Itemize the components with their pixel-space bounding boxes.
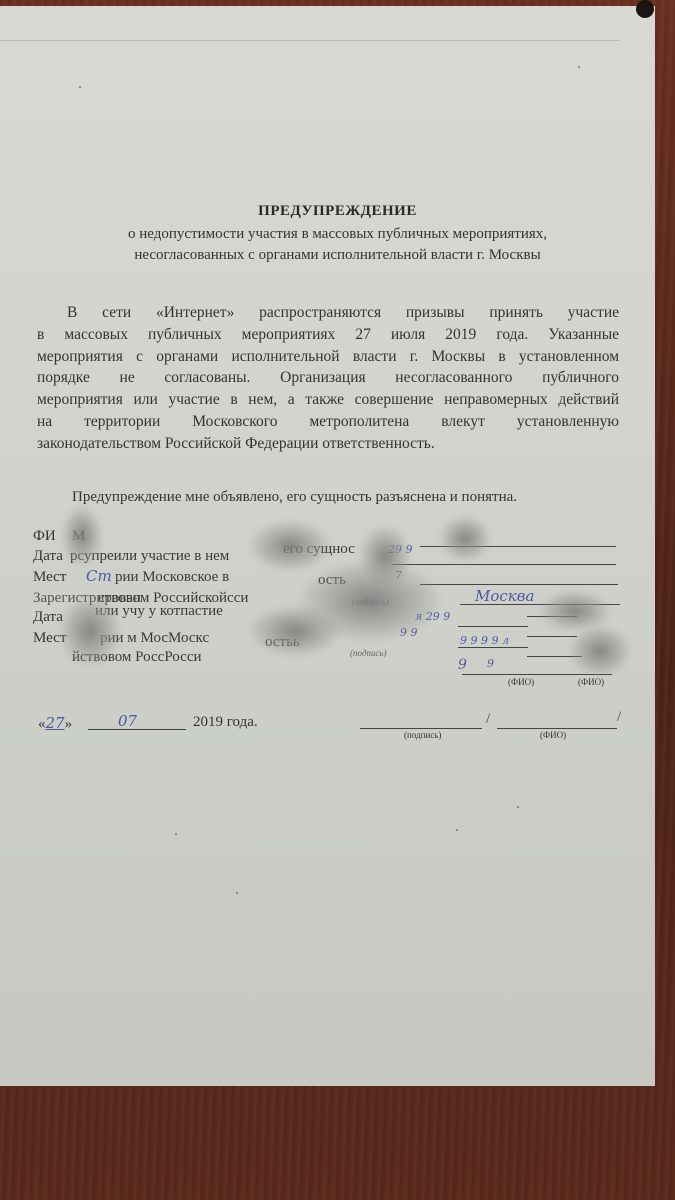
dust-speck	[456, 829, 458, 831]
document-body: В сети «Интернет» распространяются призы…	[37, 302, 619, 455]
body-line: мероприятия или участие в нем, а также с…	[37, 389, 619, 411]
handwritten-mark: 9	[458, 657, 467, 673]
name-line	[497, 728, 617, 729]
field-underline	[392, 564, 616, 565]
field-underline	[527, 636, 577, 637]
handwritten-place-fragment: Ст	[86, 567, 112, 585]
body-line: в массовых публичных мероприятиях 27 июл…	[37, 324, 619, 346]
censor-blur	[62, 506, 102, 566]
name-label: (ФИО)	[540, 730, 566, 740]
document-paper: ПРЕДУПРЕЖДЕНИЕ о недопустимости участия …	[0, 6, 655, 1086]
paper-fold-line	[0, 40, 620, 41]
censor-blur	[250, 606, 340, 656]
fio-label: ФИ	[33, 528, 56, 545]
handwritten-mark: 9 9 9 9 л	[460, 634, 509, 647]
binder-clip-corner	[636, 0, 654, 18]
signature-line	[360, 728, 482, 729]
date-year: 2019 года.	[193, 714, 258, 731]
censor-blur	[250, 521, 330, 571]
dust-speck	[79, 86, 81, 88]
date-day: 27	[46, 714, 65, 732]
dust-speck	[236, 892, 238, 894]
field-underline	[420, 584, 618, 585]
document-subtitle-line-1: о недопустимости участия в массовых публ…	[0, 226, 655, 243]
form-label-date-2: Дата	[33, 609, 63, 626]
ghost-text: рии Московское в	[115, 569, 229, 586]
signature-separator: /	[486, 711, 490, 728]
dust-speck	[517, 806, 519, 808]
acknowledgement-text: Предупреждение мне объявлено, его сущнос…	[72, 489, 517, 506]
form-label-place-1: Мест	[33, 569, 66, 586]
handwritten-mark: 9	[487, 657, 494, 670]
body-line: мероприятия с органами исполнительной вл…	[37, 346, 619, 368]
label-signature: (подпись)	[350, 648, 387, 658]
close-quote: »	[65, 716, 73, 732]
label-fio: (ФИО)	[508, 677, 534, 687]
date-row: «27»	[38, 714, 72, 733]
open-quote: «	[38, 716, 46, 732]
document-subtitle-line-2: несогласованных с органами исполнительно…	[0, 247, 655, 264]
body-line: порядке не согласованы. Организация несо…	[37, 367, 619, 389]
field-underline	[458, 626, 528, 627]
dust-speck	[175, 833, 177, 835]
field-underline	[458, 647, 528, 648]
body-line: на территории Московского метрополитена …	[37, 411, 619, 433]
handwritten-city: Москва	[475, 587, 534, 605]
body-line: законодательством Российской Федерации о…	[37, 433, 619, 455]
censor-blur	[540, 591, 610, 631]
censor-blur	[570, 626, 630, 676]
censor-blur	[440, 516, 490, 561]
date-month: 07	[118, 712, 137, 730]
signature-separator-end: /	[617, 709, 621, 726]
document-title: ПРЕДУПРЕЖДЕНИЕ	[0, 203, 655, 220]
censor-blur	[60, 596, 120, 666]
label-fio: (ФИО)	[578, 677, 604, 687]
signature-label: (подпись)	[404, 730, 441, 740]
dust-speck	[578, 66, 580, 68]
body-line: В сети «Интернет» распространяются призы…	[37, 302, 619, 324]
form-label-date-1: Дата	[33, 548, 63, 565]
